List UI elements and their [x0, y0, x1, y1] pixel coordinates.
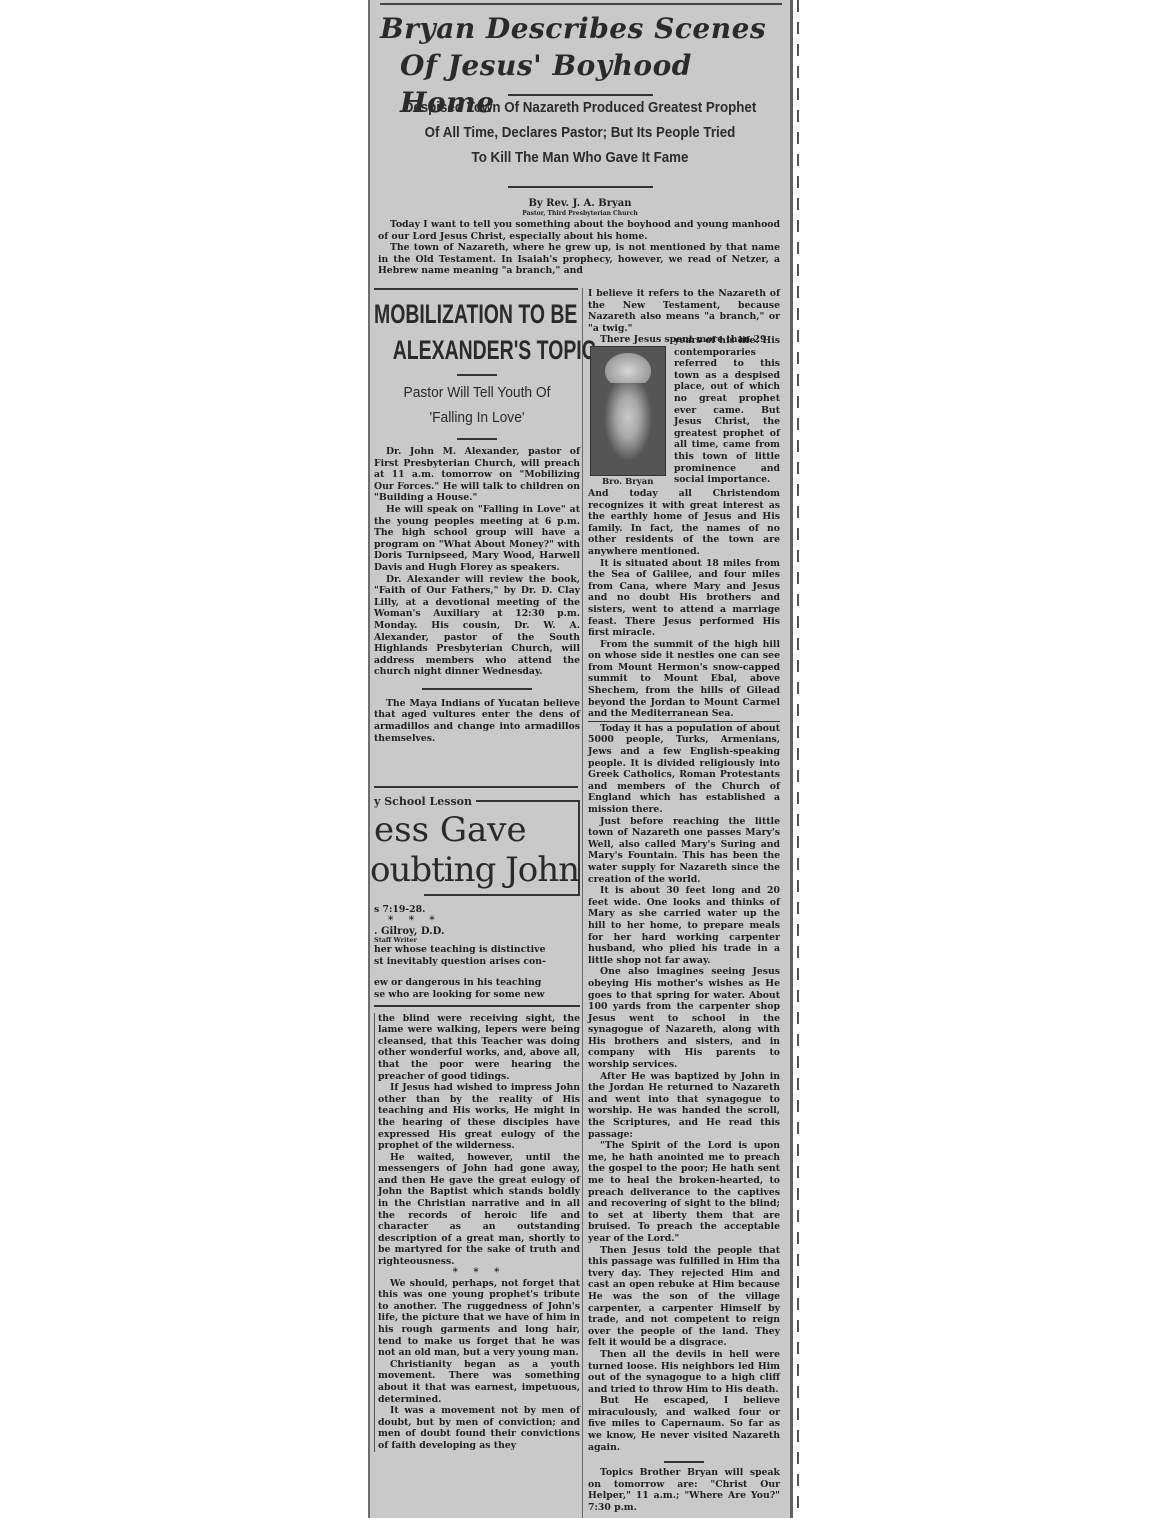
alexander-headline-line2: ALEXANDER'S TOPIC — [374, 332, 583, 368]
deck-rule — [370, 186, 790, 188]
intro-paragraph: Today I want to tell you something about… — [378, 219, 780, 242]
section-dots: * * * — [378, 1268, 580, 1278]
byline-name: By Rev. J. A. Bryan — [376, 198, 784, 210]
body-paragraph: From the summit of the high hill on whos… — [588, 639, 780, 720]
lesson-rule — [374, 1005, 580, 1007]
lesson-intro-line: st inevitably question arises con- — [374, 956, 580, 968]
body-paragraph: It is about 30 feet long and 20 feet wid… — [588, 885, 780, 966]
body-paragraph: Dr. John M. Alexander, pastor of First P… — [374, 446, 580, 504]
lesson-dots: * * * — [374, 916, 580, 926]
body-paragraph: Just before reaching the little town of … — [588, 816, 780, 886]
subhead-rule — [457, 438, 497, 440]
bryan-article-column: I believe it refers to the Nazareth of t… — [588, 288, 780, 1518]
body-paragraph: Then all the devils in hell were turned … — [588, 1349, 780, 1395]
photo-caption: Bro. Bryan — [602, 477, 653, 489]
lesson-intro-line: se who are looking for some new — [374, 989, 580, 1001]
alexander-headline-line1: MOBILIZATION TO BE — [374, 296, 583, 332]
deck-line: Despised Town Of Nazareth Produced Great… — [392, 96, 767, 121]
column-break-rule — [588, 721, 780, 722]
photo-wrap-text: years of his life. His contemporaries re… — [674, 335, 780, 486]
alexander-body: Dr. John M. Alexander, pastor of First P… — [374, 446, 580, 678]
page-column-rule — [790, 0, 793, 1518]
lesson-intro-line: ew or dangerous in his teaching — [374, 977, 580, 989]
alexander-article: MOBILIZATION TO BE ALEXANDER'S TOPIC Pas… — [374, 296, 580, 744]
portrait-photo — [590, 346, 666, 476]
lesson-headline-line2: oubting John — [370, 850, 576, 890]
photo-block: Bro. Bryan years of his life. His contem… — [588, 346, 780, 488]
newspaper-clipping: Bryan Describes Scenes Of Jesus' Boyhood… — [368, 0, 790, 1518]
filler-item: The Maya Indians of Yucatan believe that… — [374, 698, 580, 744]
lesson-body: the blind were receiving sight, the lame… — [374, 1013, 580, 1452]
byline-title: Pastor, Third Presbyterian Church — [376, 210, 784, 217]
lesson-headline-line1: ess Gave — [374, 810, 576, 850]
page-edge-rule — [797, 0, 799, 1518]
body-paragraph: Dr. Alexander will review the book, "Fai… — [374, 574, 580, 678]
section-rule — [374, 786, 578, 788]
headline-rule — [457, 374, 497, 376]
lesson-meta: s 7:19-28. * * * . Gilroy, D.D. Staff Wr… — [374, 904, 580, 1001]
body-paragraph: years of his life. His contemporaries re… — [674, 335, 780, 486]
alexander-subhead: Pastor Will Tell Youth Of 'Falling In Lo… — [382, 380, 572, 430]
lesson-scripture: s 7:19-28. — [374, 904, 580, 916]
deck-headline: Despised Town Of Nazareth Produced Great… — [392, 96, 767, 171]
deck-line: Of All Time, Declares Pastor; But Its Pe… — [392, 121, 767, 146]
top-rule — [380, 3, 782, 5]
body-paragraph: It was a movement not by men of doubt, b… — [378, 1405, 580, 1451]
section-rule — [374, 288, 578, 290]
article-end-rule — [422, 688, 532, 690]
body-paragraph: One also imagines seeing Jesus obeying H… — [588, 966, 780, 1070]
body-paragraph: "The Spirit of the Lord is upon me, he h… — [588, 1140, 780, 1244]
body-paragraph: He waited, however, until the messengers… — [378, 1152, 580, 1268]
body-paragraph: But He escaped, I believe miraculously, … — [588, 1395, 780, 1453]
body-paragraph: After He was baptized by John in the Jor… — [588, 1071, 780, 1141]
body-paragraph: And today all Christendom recognizes it … — [588, 488, 780, 558]
sunday-school-lesson: y School Lesson ess Gave oubting John s … — [374, 792, 580, 1452]
intro-text: Today I want to tell you something about… — [378, 219, 780, 277]
intro-paragraph: The town of Nazareth, where he grew up, … — [378, 242, 780, 277]
main-headline-line1: Bryan Describes Scenes — [376, 10, 784, 47]
lesson-kicker: y School Lesson — [374, 795, 476, 808]
lesson-intro-line: her whose teaching is distinctive — [374, 944, 580, 956]
body-paragraph: He will speak on "Falling in Love" at th… — [374, 504, 580, 574]
body-paragraph: Christianity began as a youth movement. … — [378, 1359, 580, 1405]
lesson-author-title: Staff Writer — [374, 937, 580, 944]
topics-note: Topics Brother Bryan will speak on tomor… — [588, 1467, 780, 1513]
byline: By Rev. J. A. Bryan Pastor, Third Presby… — [376, 198, 784, 217]
column-divider — [582, 288, 583, 1518]
deck-line: To Kill The Man Who Gave It Fame — [392, 146, 767, 171]
body-paragraph: the blind were receiving sight, the lame… — [378, 1013, 580, 1083]
body-paragraph: We should, perhaps, not forget that this… — [378, 1278, 580, 1359]
lesson-header: y School Lesson ess Gave oubting John — [374, 792, 576, 890]
subhead-line: Pastor Will Tell Youth Of — [382, 380, 572, 405]
alexander-headline: MOBILIZATION TO BE ALEXANDER'S TOPIC — [374, 296, 583, 368]
body-paragraph: Then Jesus told the people that this pas… — [588, 1245, 780, 1349]
filler-text: The Maya Indians of Yucatan believe that… — [374, 698, 580, 744]
body-paragraph: If Jesus had wished to impress John othe… — [378, 1082, 580, 1152]
body-paragraph: I believe it refers to the Nazareth of t… — [588, 288, 780, 334]
body-paragraph: It is situated about 18 miles from the S… — [588, 558, 780, 639]
topics-rule — [664, 1461, 704, 1463]
body-paragraph: Today it has a population of about 5000 … — [588, 723, 780, 816]
subhead-line: 'Falling In Love' — [382, 405, 572, 430]
